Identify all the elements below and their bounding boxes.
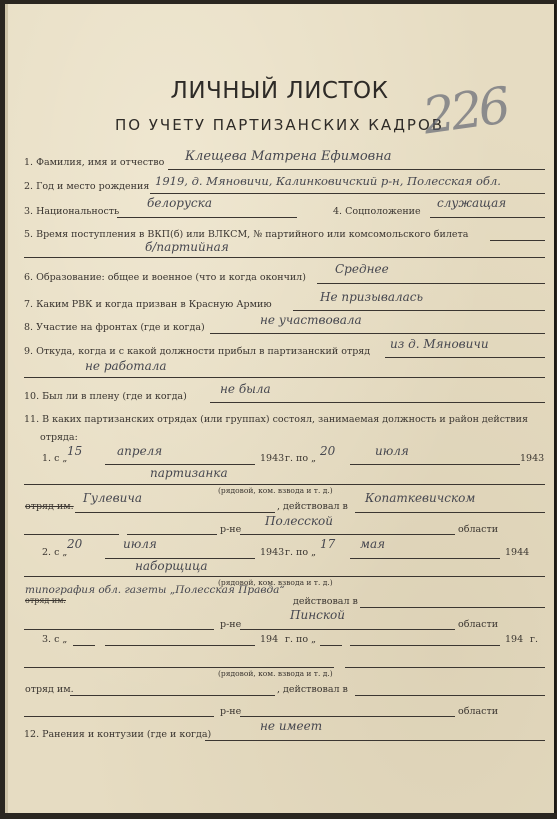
field-11-label: 11. В каких партизанских отрядах (или гр… (24, 414, 528, 425)
entry-1-district-label: р-не (220, 524, 241, 535)
entry-3-to-label: г. по „ (285, 634, 316, 645)
field-5-line-a (490, 240, 545, 241)
field-6-line (317, 283, 545, 284)
entry-2-district-label: р-не (220, 619, 241, 630)
entry-3-to-year: 194 (505, 634, 523, 645)
entry-3-position-hint: (рядовой, ком. взвода и т. д.) (218, 669, 333, 678)
archive-number: 226 (419, 76, 510, 145)
entry-3-position-line-b (345, 667, 545, 668)
field-6-value: Среднее (335, 262, 389, 276)
entry-1-region-label: области (458, 524, 498, 535)
entry-1-to-year: 1943 (520, 453, 544, 464)
field-9-line-b (24, 377, 545, 378)
entry-3-to-month-line (350, 645, 500, 646)
entry-1-position-line (24, 484, 545, 485)
field-10-line (210, 402, 545, 403)
entry-2-district-line-a (24, 629, 214, 630)
field-3-label: 3. Национальность (24, 206, 119, 217)
entry-3-unit-label: отряд им. (25, 684, 74, 695)
field-7-label: 7. Каким РВК и когда призван в Красную А… (24, 299, 272, 310)
entry-2-num: 2. с „ (42, 547, 67, 558)
entry-2-acted-line (360, 607, 545, 608)
entry-2-region-line (240, 629, 455, 630)
field-1-line (168, 169, 545, 170)
entry-2-acted-label: действовал в (293, 596, 358, 607)
entry-1-from-year: 1943 (260, 453, 284, 464)
field-7-line (293, 310, 545, 311)
field-9-label: 9. Откуда, когда и с какой должности при… (24, 346, 370, 357)
field-6-label: 6. Образование: общее и военное (что и к… (24, 272, 306, 283)
document-page: ЛИЧНЫЙ ЛИСТОК ПО УЧЕТУ ПАРТИЗАНСКИХ КАДР… (5, 4, 556, 813)
field-11-label2: отряда: (40, 432, 78, 443)
entry-3-from-year: 194 (260, 634, 278, 645)
entry-1-unit-label: отряд им. (25, 501, 74, 512)
entry-2-region-label: области (458, 619, 498, 630)
field-9-value: из д. Мяновичи (390, 337, 489, 351)
field-2-line (150, 193, 545, 194)
field-12-label: 12. Ранения и контузии (где и когда) (24, 729, 211, 740)
entry-1-position: партизанка (150, 466, 228, 480)
entry-1-acted-in: Копаткевичском (365, 491, 475, 505)
entry-1-num: 1. с „ (42, 453, 67, 464)
entry-2-to-month-line (350, 558, 500, 559)
entry-1-from-month: апреля (117, 444, 162, 458)
entry-2-unit-label: отряд им. (25, 596, 66, 605)
entry-1-region-line (240, 534, 455, 535)
field-4-value: служащая (437, 196, 506, 210)
entry-3-from-day-line (73, 645, 95, 646)
entry-3-acted-label: , действовал в (277, 684, 348, 695)
entry-1-from-month-line (105, 464, 255, 465)
entry-2-position-line (24, 576, 545, 577)
field-1-label: 1. Фамилия, имя и отчество (24, 157, 164, 168)
entry-1-district-line-a (24, 534, 119, 535)
entry-2-to-month: мая (360, 537, 385, 551)
entry-1-from-day: 15 (67, 444, 82, 458)
entry-2-from-month: июля (123, 537, 157, 551)
field-9-value2: не работала (85, 359, 167, 373)
entry-3-from-month-line (105, 645, 255, 646)
entry-3-region-line (240, 716, 455, 717)
entry-3-to-day-line (320, 645, 342, 646)
entry-2-to-label: г. по „ (285, 547, 316, 558)
field-9-line-a (385, 357, 545, 358)
entry-1-to-day: 20 (320, 444, 335, 458)
field-12-line (205, 740, 545, 741)
entry-2-to-day: 17 (320, 537, 335, 551)
entry-1-unit: Гулевича (83, 491, 142, 505)
entry-3-district-line-a (24, 716, 214, 717)
entry-1-to-month-line (350, 464, 520, 465)
entry-2-from-year: 1943 (260, 547, 284, 558)
entry-1-district-line-b (127, 534, 217, 535)
field-3-value: белоруска (147, 196, 212, 210)
entry-3-position-line-a (24, 667, 334, 668)
entry-2-to-year: 1944 (505, 547, 529, 558)
entry-3-num: 3. с „ (42, 634, 67, 645)
entry-1-unit-line (75, 512, 275, 513)
field-5-value: б/партийная (145, 240, 229, 254)
entry-2-region: Пинской (290, 608, 345, 622)
entry-3-region-label: области (458, 706, 498, 717)
entry-2-position: наборщица (135, 559, 208, 573)
field-8-value: не участвовала (260, 313, 362, 327)
field-10-label: 10. Был ли в плену (где и когда) (24, 391, 187, 402)
entry-1-acted-line (355, 512, 545, 513)
field-3-line (117, 217, 297, 218)
field-2-value: 1919, д. Мяновичи, Калинковичский р-н, П… (155, 174, 501, 188)
entry-3-year-suffix: г. (530, 634, 538, 645)
entry-1-acted-label: , действовал в (277, 501, 348, 512)
field-2-label: 2. Год и место рождения (24, 181, 149, 192)
field-8-line (210, 333, 545, 334)
field-8-label: 8. Участие на фронтах (где и когда) (24, 322, 205, 333)
field-4-line (430, 217, 545, 218)
field-4-label: 4. Соцположение (333, 206, 421, 217)
entry-3-acted-line (355, 695, 545, 696)
entry-3-district-label: р-не (220, 706, 241, 717)
field-10-value: не была (220, 382, 271, 396)
entry-2-from-day: 20 (67, 537, 82, 551)
entry-1-region: Полесской (265, 514, 333, 528)
entry-1-to-month: июля (375, 444, 409, 458)
entry-3-unit-line (70, 695, 275, 696)
field-5-label: 5. Время поступления в ВКП(б) или ВЛКСМ,… (24, 229, 468, 240)
entry-1-to-label: г. по „ (285, 453, 316, 464)
field-5-line-b (24, 257, 545, 258)
field-7-value: Не призывалась (320, 290, 423, 304)
entry-2-unit: типография обл. газеты „Полесская Правда… (25, 584, 285, 596)
field-12-value: не имеет (260, 719, 322, 733)
field-1-value: Клещева Матрена Ефимовна (185, 149, 392, 164)
entry-1-position-hint: (рядовой, ком. взвода и т. д.) (218, 486, 333, 495)
